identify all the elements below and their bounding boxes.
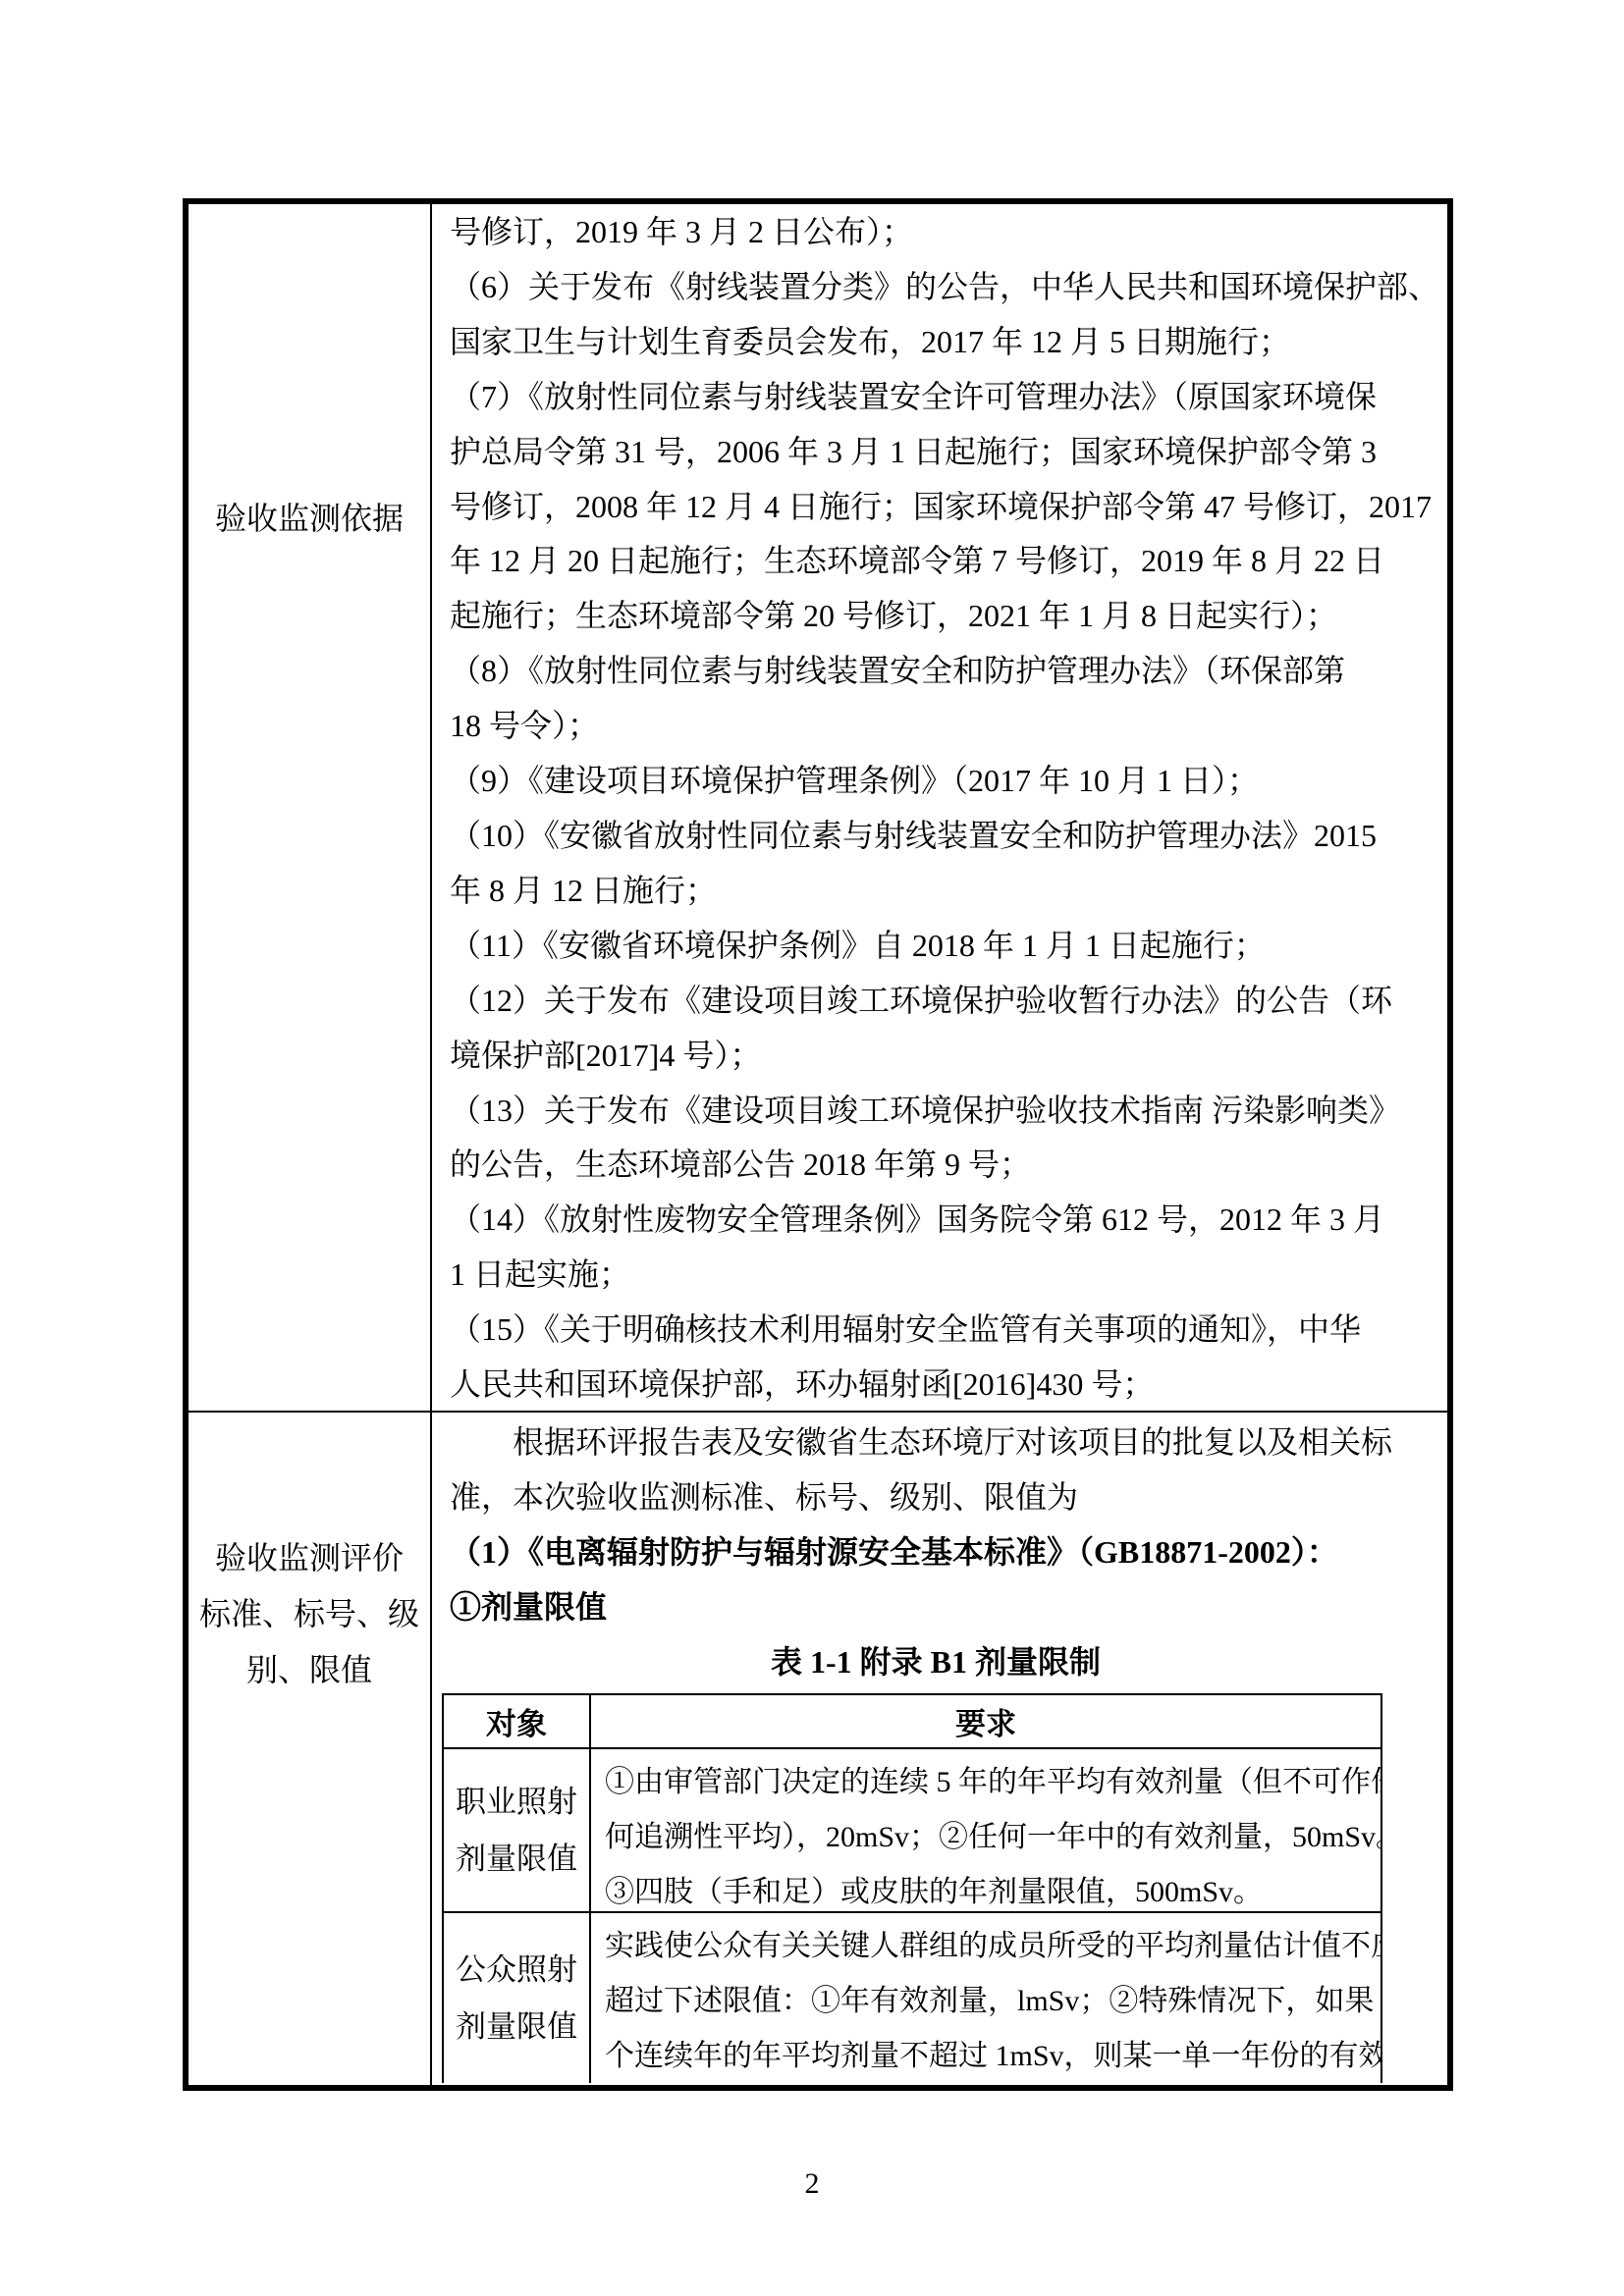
public-dose-line: 超过下述限值：①年有效剂量，lmSv；②特殊情况下，如果 5	[605, 1974, 1373, 2029]
table-1-1-title: 表 1-1 附录 B1 剂量限制	[432, 1634, 1447, 1689]
basis-line: （9）《建设项目环境保护管理条例》（2017 年 10 月 1 日）；	[432, 754, 1447, 809]
dose-table-header-requirement-cell: 要求	[591, 1695, 1380, 1747]
basis-line: （8）《放射性同位素与射线装置安全和防护管理办法》（环保部第	[432, 644, 1447, 699]
table-row-monitoring-basis: 验收监测依据 号修订，2019 年 3 月 2 日公布）； （6）关于发布《射线…	[189, 204, 1447, 1413]
evaluation-standards-label-line: 标准、标号、级	[199, 1586, 419, 1642]
basis-line: 人民共和国环境保护部，环办辐射函[2016]430 号；	[432, 1358, 1447, 1411]
public-exposure-label-line: 公众照射	[456, 1942, 577, 1999]
public-dose-line: 实践使公众有关关键人群组的成员所受的平均剂量估计值不应	[605, 1919, 1373, 1974]
dose-table-header-row: 对象 要求	[444, 1695, 1380, 1749]
monitoring-basis-content-cell: 号修订，2019 年 3 月 2 日公布）； （6）关于发布《射线装置分类》的公…	[432, 204, 1447, 1411]
basis-line: （6）关于发布《射线装置分类》的公告，中华人民共和国环境保护部、	[432, 260, 1447, 315]
basis-line: （14）《放射性废物安全管理条例》国务院令第 612 号，2012 年 3 月	[432, 1193, 1447, 1248]
dose-table-header-object: 对象	[486, 1699, 547, 1743]
evaluation-standards-label-line: 别、限值	[246, 1642, 372, 1698]
basis-line: 号修订，2019 年 3 月 2 日公布）；	[432, 205, 1447, 260]
dose-table-row-occupational: 职业照射 剂量限值 ①由审管部门决定的连续 5 年的年平均有效剂量（但不可作任 …	[444, 1749, 1380, 1913]
basis-line: 年 12 月 20 日起施行；生态环境部令第 7 号修订，2019 年 8 月 …	[432, 534, 1447, 589]
occupational-exposure-label-line: 剂量限值	[456, 1831, 577, 1888]
basis-line: 号修订，2008 年 12 月 4 日施行；国家环境保护部令第 47 号修订，2…	[432, 480, 1447, 535]
basis-line: 护总局令第 31 号，2006 年 3 月 1 日起施行；国家环境保护部令第 3	[432, 425, 1447, 480]
basis-line: （11）《安徽省环境保护条例》自 2018 年 1 月 1 日起施行；	[432, 919, 1447, 974]
evaluation-standards-label-line: 验收监测评价	[215, 1530, 404, 1586]
occupational-exposure-label-line: 职业照射	[456, 1774, 577, 1831]
table-row-evaluation-standards: 验收监测评价 标准、标号、级 别、限值 根据环评报告表及安徽省生态环境厅对该项目…	[189, 1413, 1447, 2085]
evaluation-standards-label-cell: 验收监测评价 标准、标号、级 别、限值	[189, 1413, 432, 2085]
basis-line: 年 8 月 12 日施行；	[432, 864, 1447, 919]
public-exposure-label-line: 剂量限值	[456, 1999, 577, 2056]
public-exposure-label-cell: 公众照射 剂量限值	[444, 1913, 591, 2083]
occupational-dose-line: ③四肢（手和足）或皮肤的年剂量限值，500mSv。	[605, 1865, 1373, 1911]
basis-line: 起施行；生态环境部令第 20 号修订，2021 年 1 月 8 日起实行）；	[432, 589, 1447, 644]
page-number: 2	[0, 2167, 1624, 2201]
public-dose-line: 个连续年的年平均剂量不超过 1mSv，则某一单一年份的有效剂	[605, 2029, 1373, 2083]
acceptance-report-table: 验收监测依据 号修订，2019 年 3 月 2 日公布）； （6）关于发布《射线…	[183, 198, 1453, 2091]
document-page: { "page": { "number": "2" }, "doc_table"…	[0, 0, 1624, 2296]
basis-line: 境保护部[2017]4 号）；	[432, 1029, 1447, 1084]
occupational-dose-line: 何追溯性平均），20mSv；②任何一年中的有效剂量，50mSv。	[605, 1810, 1373, 1865]
basis-line: （7）《放射性同位素与射线装置安全许可管理办法》（原国家环境保	[432, 370, 1447, 425]
basis-line: （10）《安徽省放射性同位素与射线装置安全和防护管理办法》2015	[432, 809, 1447, 864]
basis-line: 的公告，生态环境部公告 2018 年第 9 号；	[432, 1138, 1447, 1193]
occupational-exposure-label-cell: 职业照射 剂量限值	[444, 1749, 591, 1911]
basis-line: （13）关于发布《建设项目竣工环境保护验收技术指南 污染影响类》	[432, 1084, 1447, 1139]
dose-limit-table: 对象 要求 职业照射 剂量限值 ①由审管部门决定的连续 5 年的年平均有效剂量（…	[442, 1693, 1382, 2083]
standards-intro-line: 准，本次验收监测标准、标号、级别、限值为	[432, 1469, 1447, 1524]
basis-line: 18 号令）；	[432, 699, 1447, 754]
evaluation-standards-content-cell: 根据环评报告表及安徽省生态环境厅对该项目的批复以及相关标 准，本次验收监测标准、…	[432, 1413, 1447, 2085]
basis-line: （15）《关于明确核技术利用辐射安全监管有关事项的通知》，中华	[432, 1303, 1447, 1358]
monitoring-basis-label: 验收监测依据	[215, 491, 404, 547]
public-dose-requirement-cell: 实践使公众有关关键人群组的成员所受的平均剂量估计值不应 超过下述限值：①年有效剂…	[591, 1913, 1380, 2083]
basis-line: 1 日起实施；	[432, 1248, 1447, 1303]
occupational-dose-line: ①由审管部门决定的连续 5 年的年平均有效剂量（但不可作任	[605, 1755, 1373, 1810]
monitoring-basis-label-cell: 验收监测依据	[189, 204, 432, 1411]
basis-line: （12）关于发布《建设项目竣工环境保护验收暂行办法》的公告（环	[432, 974, 1447, 1029]
dose-table-header-object-cell: 对象	[444, 1695, 591, 1747]
standard-heading-gb18871: （1）《电离辐射防护与辐射源安全基本标准》（GB18871-2002）：	[432, 1524, 1447, 1579]
basis-line: 国家卫生与计划生育委员会发布，2017 年 12 月 5 日期施行；	[432, 315, 1447, 370]
standards-intro-line: 根据环评报告表及安徽省生态环境厅对该项目的批复以及相关标	[432, 1415, 1447, 1469]
dose-table-row-public: 公众照射 剂量限值 实践使公众有关关键人群组的成员所受的平均剂量估计值不应 超过…	[444, 1913, 1380, 2083]
dose-table-header-requirement: 要求	[955, 1699, 1016, 1743]
dose-limit-subheading: ①剂量限值	[432, 1579, 1447, 1634]
occupational-dose-requirement-cell: ①由审管部门决定的连续 5 年的年平均有效剂量（但不可作任 何追溯性平均），20…	[591, 1749, 1380, 1911]
